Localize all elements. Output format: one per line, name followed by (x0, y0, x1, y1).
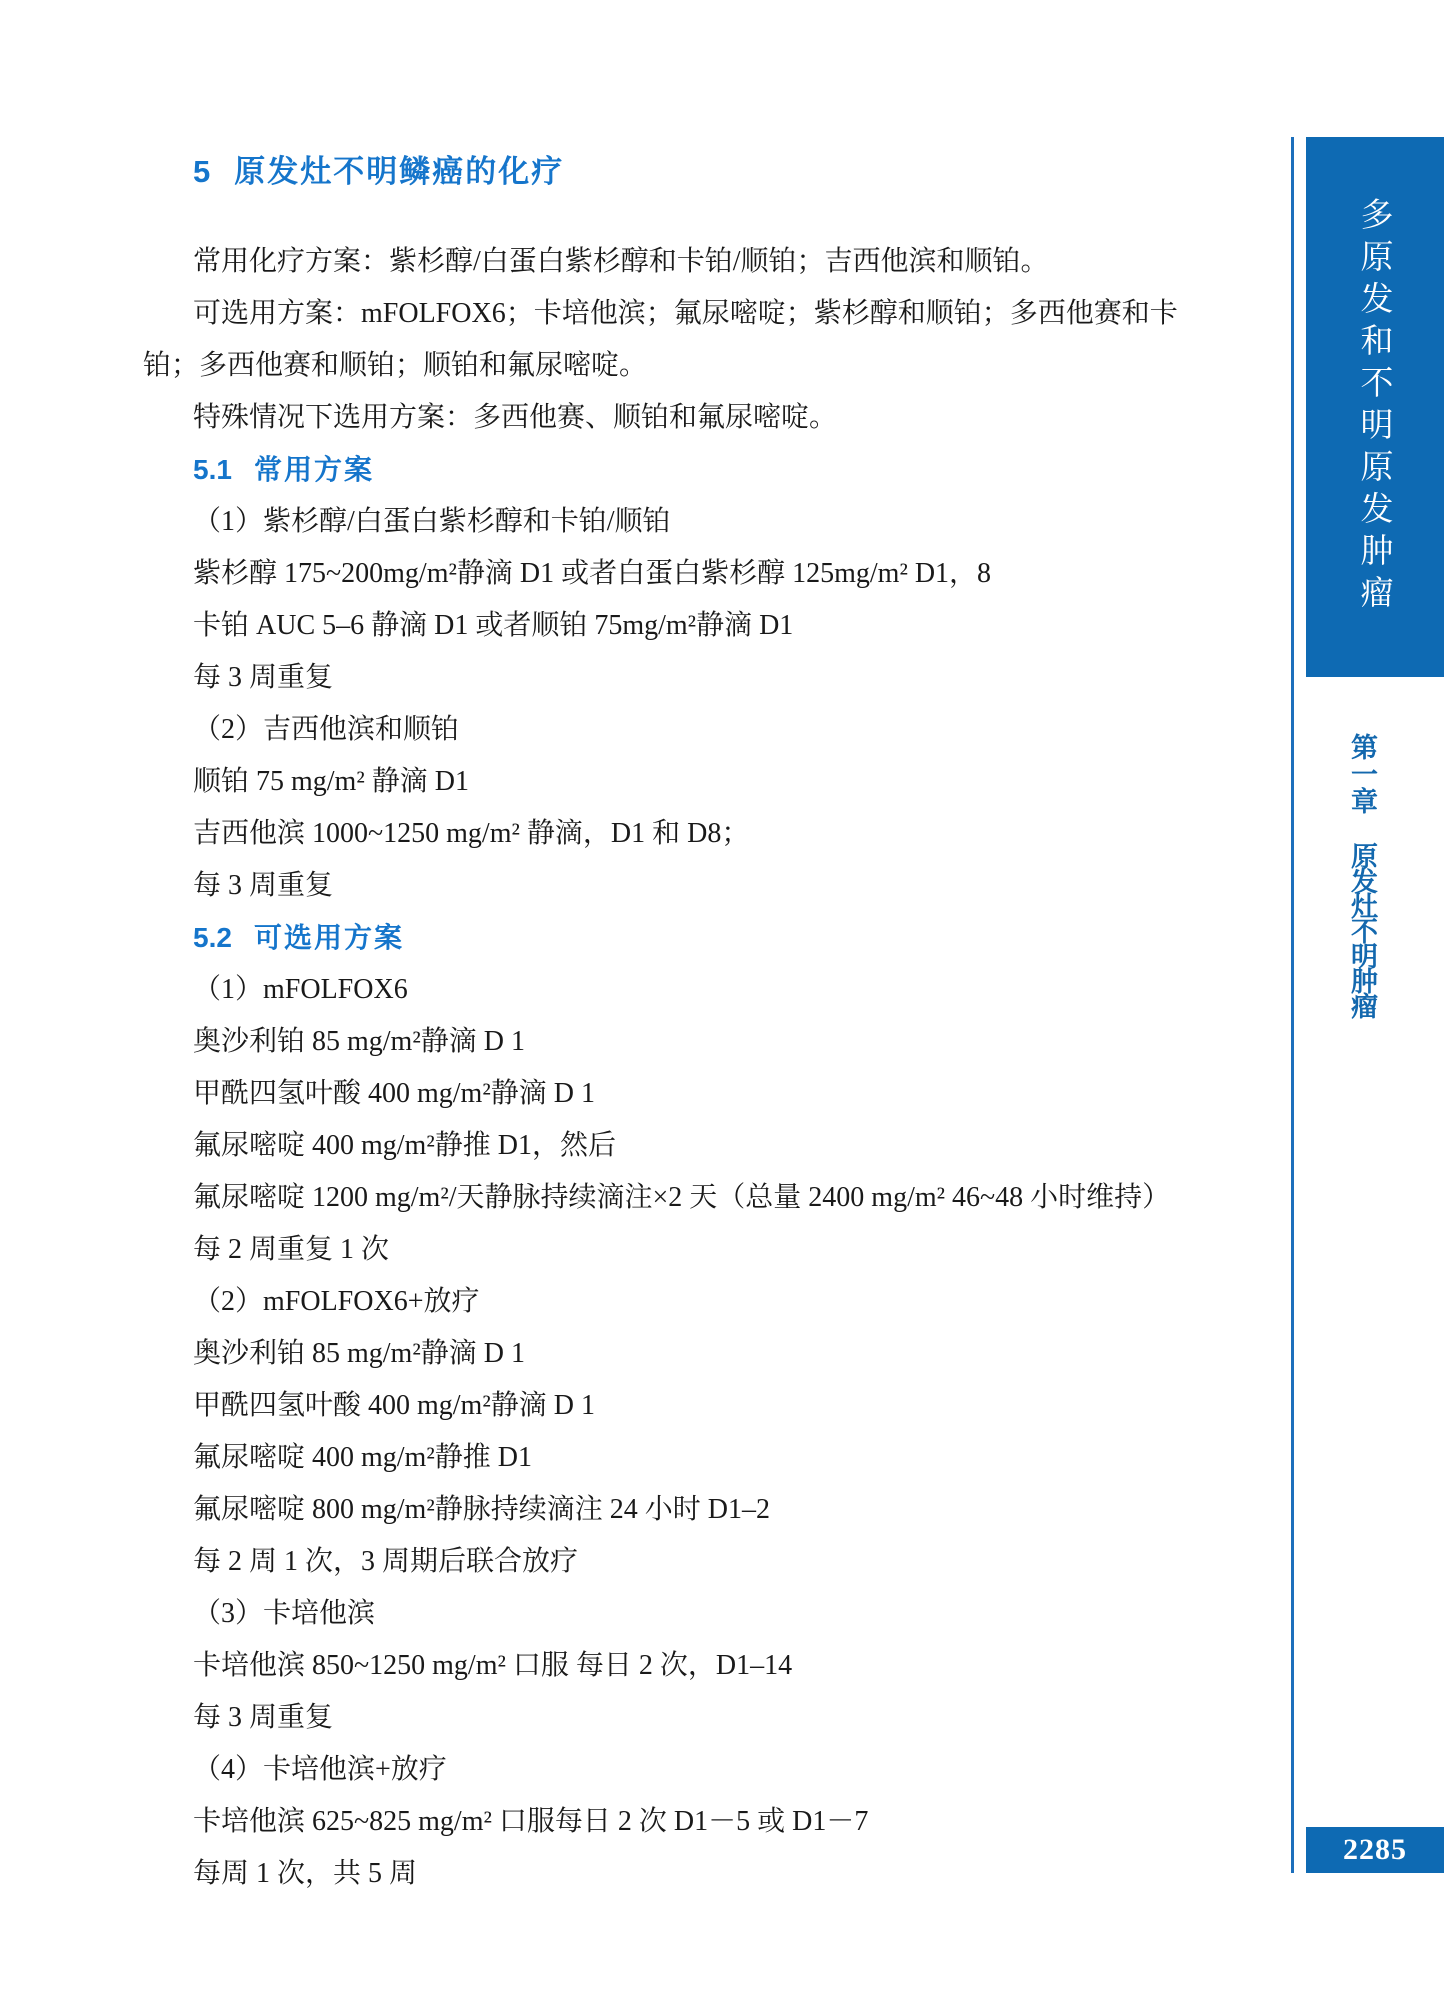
paragraph-line: 可选用方案：mFOLFOX6；卡培他滨；氟尿嘧啶；紫杉醇和顺铂；多西他赛和卡 (143, 288, 1283, 340)
page-number-badge: 2285 (1306, 1827, 1444, 1873)
subsection-heading-5-1: 5.1常用方案 (193, 444, 1283, 496)
chapter-marker: 第一章原发灶不明肿瘤 (1348, 733, 1375, 1017)
regimen-line: 每 3 周重复 (143, 860, 1283, 912)
chapter-title: 原发灶不明肿瘤 (1347, 814, 1377, 1017)
sidebar-tab: 多原发和不明原发肿瘤 (1306, 137, 1444, 677)
subsection-number: 5.2 (193, 922, 232, 953)
regimen-line: 每 3 周重复 (143, 652, 1283, 704)
regimen-line: 顺铂 75 mg/m² 静滴 D1 (143, 756, 1283, 808)
regimen-line: （1）紫杉醇/白蛋白紫杉醇和卡铂/顺铂 (143, 496, 1283, 548)
subsection-heading-5-2: 5.2可选用方案 (193, 912, 1283, 964)
regimen-line: 每周 1 次，共 5 周 (143, 1848, 1283, 1900)
document-page: 5原发灶不明鳞癌的化疗 常用化疗方案：紫杉醇/白蛋白紫杉醇和卡铂/顺铂；吉西他滨… (0, 0, 1444, 2010)
regimen-line: 甲酰四氢叶酸 400 mg/m²静滴 D 1 (143, 1380, 1283, 1432)
section-heading: 5原发灶不明鳞癌的化疗 (193, 152, 1283, 192)
regimen-line: 吉西他滨 1000~1250 mg/m² 静滴，D1 和 D8； (143, 808, 1283, 860)
regimen-line: （1）mFOLFOX6 (143, 964, 1283, 1016)
subsection-label: 可选用方案 (254, 922, 404, 953)
regimen-line: 每 2 周 1 次，3 周期后联合放疗 (143, 1536, 1283, 1588)
subsection-label: 常用方案 (254, 454, 374, 485)
regimen-line: 氟尿嘧啶 400 mg/m²静推 D1，然后 (143, 1120, 1283, 1172)
regimen-line: 奥沙利铂 85 mg/m²静滴 D 1 (143, 1016, 1283, 1068)
content-column: 5原发灶不明鳞癌的化疗 常用化疗方案：紫杉醇/白蛋白紫杉醇和卡铂/顺铂；吉西他滨… (143, 152, 1283, 1900)
regimen-line: 甲酰四氢叶酸 400 mg/m²静滴 D 1 (143, 1068, 1283, 1120)
regimen-line: 氟尿嘧啶 1200 mg/m²/天静脉持续滴注×2 天（总量 2400 mg/m… (143, 1172, 1283, 1224)
chapter-prefix: 第一章 (1347, 733, 1377, 814)
subsection-number: 5.1 (193, 454, 232, 485)
regimen-line: 氟尿嘧啶 800 mg/m²静脉持续滴注 24 小时 D1–2 (143, 1484, 1283, 1536)
regimen-line: 紫杉醇 175~200mg/m²静滴 D1 或者白蛋白紫杉醇 125mg/m² … (143, 548, 1283, 600)
regimen-line: （2）吉西他滨和顺铂 (143, 704, 1283, 756)
sidebar-rule (1291, 137, 1294, 1873)
regimen-line: （4）卡培他滨+放疗 (143, 1744, 1283, 1796)
regimen-line: 奥沙利铂 85 mg/m²静滴 D 1 (143, 1328, 1283, 1380)
paragraph-line: 铂；多西他赛和顺铂；顺铂和氟尿嘧啶。 (143, 340, 1283, 392)
regimen-line: 卡铂 AUC 5–6 静滴 D1 或者顺铂 75mg/m²静滴 D1 (143, 600, 1283, 652)
section-number: 5 (193, 154, 210, 189)
regimen-line: （3）卡培他滨 (143, 1588, 1283, 1640)
sidebar-tab-text: 多原发和不明原发肿瘤 (1359, 197, 1392, 617)
paragraph-line: 常用化疗方案：紫杉醇/白蛋白紫杉醇和卡铂/顺铂；吉西他滨和顺铂。 (143, 236, 1283, 288)
regimen-line: 每 2 周重复 1 次 (143, 1224, 1283, 1276)
regimen-line: 卡培他滨 850~1250 mg/m² 口服 每日 2 次，D1–14 (143, 1640, 1283, 1692)
section-title-text: 原发灶不明鳞癌的化疗 (234, 154, 564, 189)
page-number: 2285 (1343, 1833, 1407, 1867)
paragraph-line: 特殊情况下选用方案：多西他赛、顺铂和氟尿嘧啶。 (143, 392, 1283, 444)
regimen-line: 每 3 周重复 (143, 1692, 1283, 1744)
regimen-line: 卡培他滨 625~825 mg/m² 口服每日 2 次 D1－5 或 D1－7 (143, 1796, 1283, 1848)
regimen-line: （2）mFOLFOX6+放疗 (143, 1276, 1283, 1328)
regimen-line: 氟尿嘧啶 400 mg/m²静推 D1 (143, 1432, 1283, 1484)
